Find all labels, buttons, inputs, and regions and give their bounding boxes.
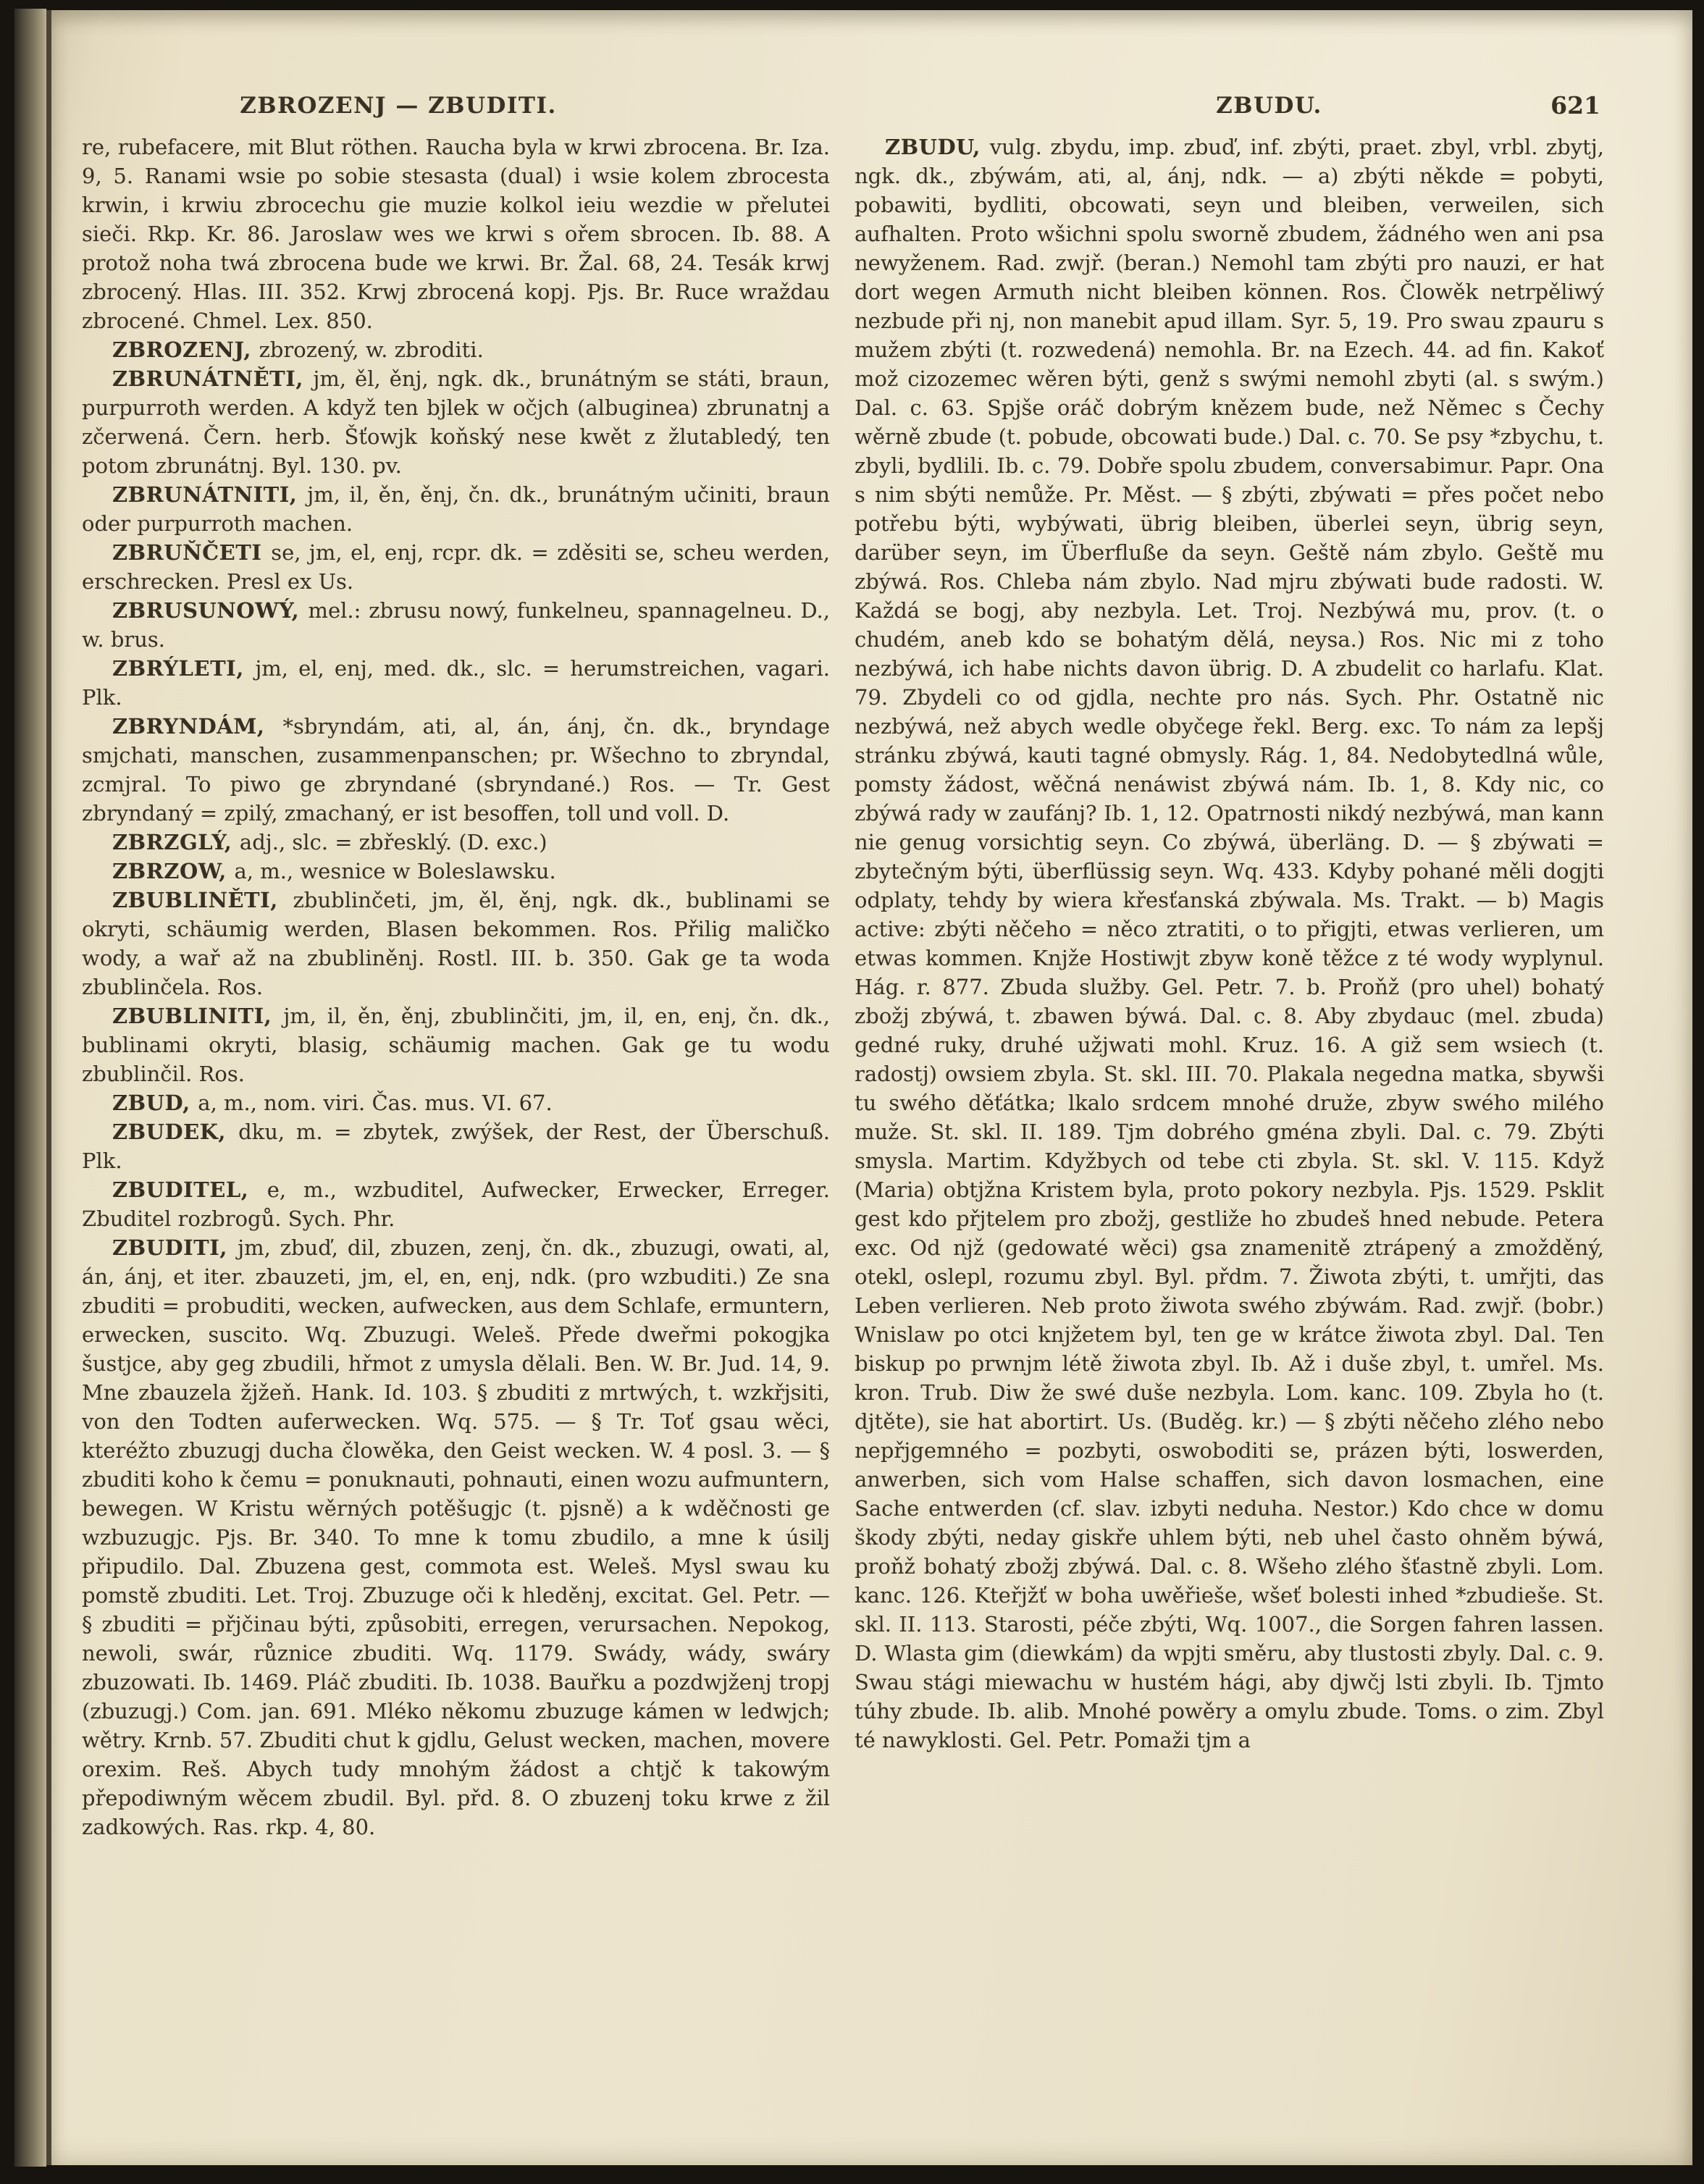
dictionary-entry: ZBUDITEL, e, m., wzbuditel, Aufwecker, E… — [82, 1175, 830, 1233]
dictionary-entry: ZBUDU, vulg. zbydu, imp. zbuď, inf. zbýt… — [855, 133, 1604, 1755]
headword: ZBRUNÁTNITI, — [112, 482, 307, 507]
running-head-right: ZBUDU. — [999, 93, 1539, 119]
headword: ZBUDEK, — [112, 1120, 238, 1144]
dictionary-entry: ZBRUNÁTNITI, jm, il, ěn, ěnj, čn. dk., b… — [82, 480, 830, 538]
headword: ZBRZOW, — [112, 859, 234, 883]
dictionary-entry: ZBRUŇČETI se, jm, el, enj, rcpr. dk. = z… — [82, 538, 830, 596]
headword: ZBUDITEL, — [112, 1177, 267, 1202]
headword: ZBRUNÁTNĚTI, — [112, 366, 313, 391]
dictionary-entry: ZBRYNDÁM, *sbryndám, ati, al, án, ánj, č… — [82, 712, 830, 828]
running-head-left: ZBROZENJ — ZBUDITI. — [83, 93, 713, 119]
headword: ZBRUSUNOWÝ, — [112, 598, 308, 623]
dictionary-entry: ZBUDEK, dku, m. = zbytek, zwýšek, der Re… — [82, 1117, 830, 1175]
page-number: 621 — [1499, 91, 1600, 119]
book-gutter — [14, 9, 46, 2167]
headword: ZBUDITI, — [112, 1235, 238, 1260]
dictionary-entry: ZBUD, a, m., nom. viri. Čas. mus. VI. 67… — [82, 1088, 830, 1117]
headword: ZBRÝLETI, — [112, 656, 255, 681]
right-column: ZBUDU, vulg. zbydu, imp. zbuď, inf. zbýt… — [855, 133, 1604, 2099]
headword: ZBUD, — [112, 1091, 198, 1115]
headword: ZBRUŇČETI — [112, 540, 271, 565]
dictionary-entry: ZBROZENJ, zbrozený, w. zbroditi. — [82, 335, 830, 364]
headword: ZBUBLINĚTI, — [112, 888, 293, 912]
headword: ZBRZGLÝ, — [112, 830, 240, 854]
headword: ZBUBLINITI, — [112, 1004, 283, 1028]
dictionary-entry: ZBUDITI, jm, zbuď, dil, zbuzen, zenj, čn… — [82, 1233, 830, 1841]
headword: ZBUDU, — [885, 135, 990, 159]
left-column: re, rubefacere, mit Blut röthen. Raucha … — [82, 133, 830, 1950]
dictionary-entry: ZBUBLINĚTI, zbublinčeti, jm, ěl, ěnj, ng… — [82, 886, 830, 1001]
dictionary-entry: ZBRZOW, a, m., wesnice w Boleslawsku. — [82, 857, 830, 886]
dictionary-entry: re, rubefacere, mit Blut röthen. Raucha … — [82, 133, 830, 335]
dictionary-entry: ZBRÝLETI, jm, el, enj, med. dk., slc. = … — [82, 654, 830, 712]
dictionary-entry: ZBRUNÁTNĚTI, jm, ěl, ěnj, ngk. dk., brun… — [82, 364, 830, 480]
dictionary-entry: ZBRUSUNOWÝ, mel.: zbrusu nowý, funkelneu… — [82, 596, 830, 654]
dictionary-entry: ZBUBLINITI, jm, il, ěn, ěnj, zbublinčiti… — [82, 1001, 830, 1088]
dictionary-entry: ZBRZGLÝ, adj., slc. = zbřesklý. (D. exc.… — [82, 828, 830, 857]
headword: ZBRYNDÁM, — [112, 714, 283, 739]
headword: ZBROZENJ, — [112, 337, 259, 362]
scanned-page: ZBROZENJ — ZBUDITI. ZBUDU. 621 re, rubef… — [0, 0, 1704, 2184]
